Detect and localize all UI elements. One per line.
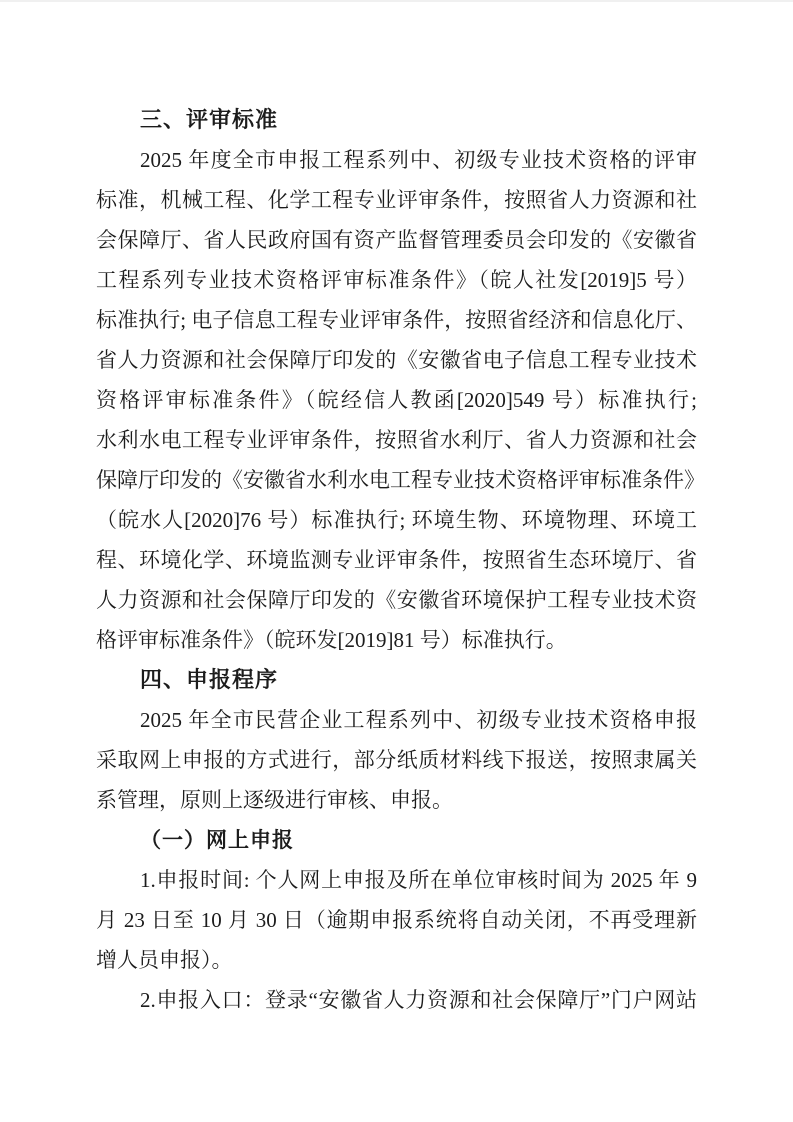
- page-top-edge: [0, 0, 793, 2]
- section-heading-3: 三、评审标准: [96, 100, 697, 140]
- text-line: 月 23 日至 10 月 30 日（逾期申报系统将自动关闭，不再受理新: [96, 900, 697, 940]
- text-line: 水利水电工程专业评审条件，按照省水利厅、省人力资源和社会: [96, 420, 697, 460]
- section-heading-4: 四、申报程序: [96, 660, 697, 700]
- text-line: 工程系列专业技术资格评审标准条件》（皖人社发[2019]5 号）: [96, 260, 697, 300]
- text-line: 资格评审标准条件》（皖经信人教函[2020]549 号）标准执行;: [96, 380, 697, 420]
- text-line: 程、环境化学、环境监测专业评审条件，按照省生态环境厅、省: [96, 540, 697, 580]
- text-line: 2.申报入口：登录“安徽省人力资源和社会保障厅”门户网站: [96, 980, 697, 1020]
- text-line: 格评审标准条件》（皖环发[2019]81 号）标准执行。: [96, 620, 697, 660]
- text-line: 标准，机械工程、化学工程专业评审条件，按照省人力资源和社: [96, 180, 697, 220]
- text-line: 增人员申报）。: [96, 940, 697, 980]
- document-page: 三、评审标准 2025 年度全市申报工程系列中、初级专业技术资格的评审 标准，机…: [0, 0, 793, 1122]
- text-line: 系管理，原则上逐级进行审核、申报。: [96, 780, 697, 820]
- text-line: 采取网上申报的方式进行，部分纸质材料线下报送，按照隶属关: [96, 740, 697, 780]
- document-content: 三、评审标准 2025 年度全市申报工程系列中、初级专业技术资格的评审 标准，机…: [96, 100, 697, 1020]
- text-line: 2025 年全市民营企业工程系列中、初级专业技术资格申报: [96, 700, 697, 740]
- subsection-heading-1: （一）网上申报: [96, 820, 697, 860]
- text-line: 标准执行; 电子信息工程专业评审条件，按照省经济和信息化厅、: [96, 300, 697, 340]
- text-line: 保障厅印发的《安徽省水利水电工程专业技术资格评审标准条件》: [96, 460, 697, 500]
- text-line: 1.申报时间: 个人网上申报及所在单位审核时间为 2025 年 9: [96, 860, 697, 900]
- text-line: 会保障厅、省人民政府国有资产监督管理委员会印发的《安徽省: [96, 220, 697, 260]
- text-line: 省人力资源和社会保障厅印发的《安徽省电子信息工程专业技术: [96, 340, 697, 380]
- text-line: （皖水人[2020]76 号）标准执行; 环境生物、环境物理、环境工: [96, 500, 697, 540]
- text-line: 2025 年度全市申报工程系列中、初级专业技术资格的评审: [96, 140, 697, 180]
- text-line: 人力资源和社会保障厅印发的《安徽省环境保护工程专业技术资: [96, 580, 697, 620]
